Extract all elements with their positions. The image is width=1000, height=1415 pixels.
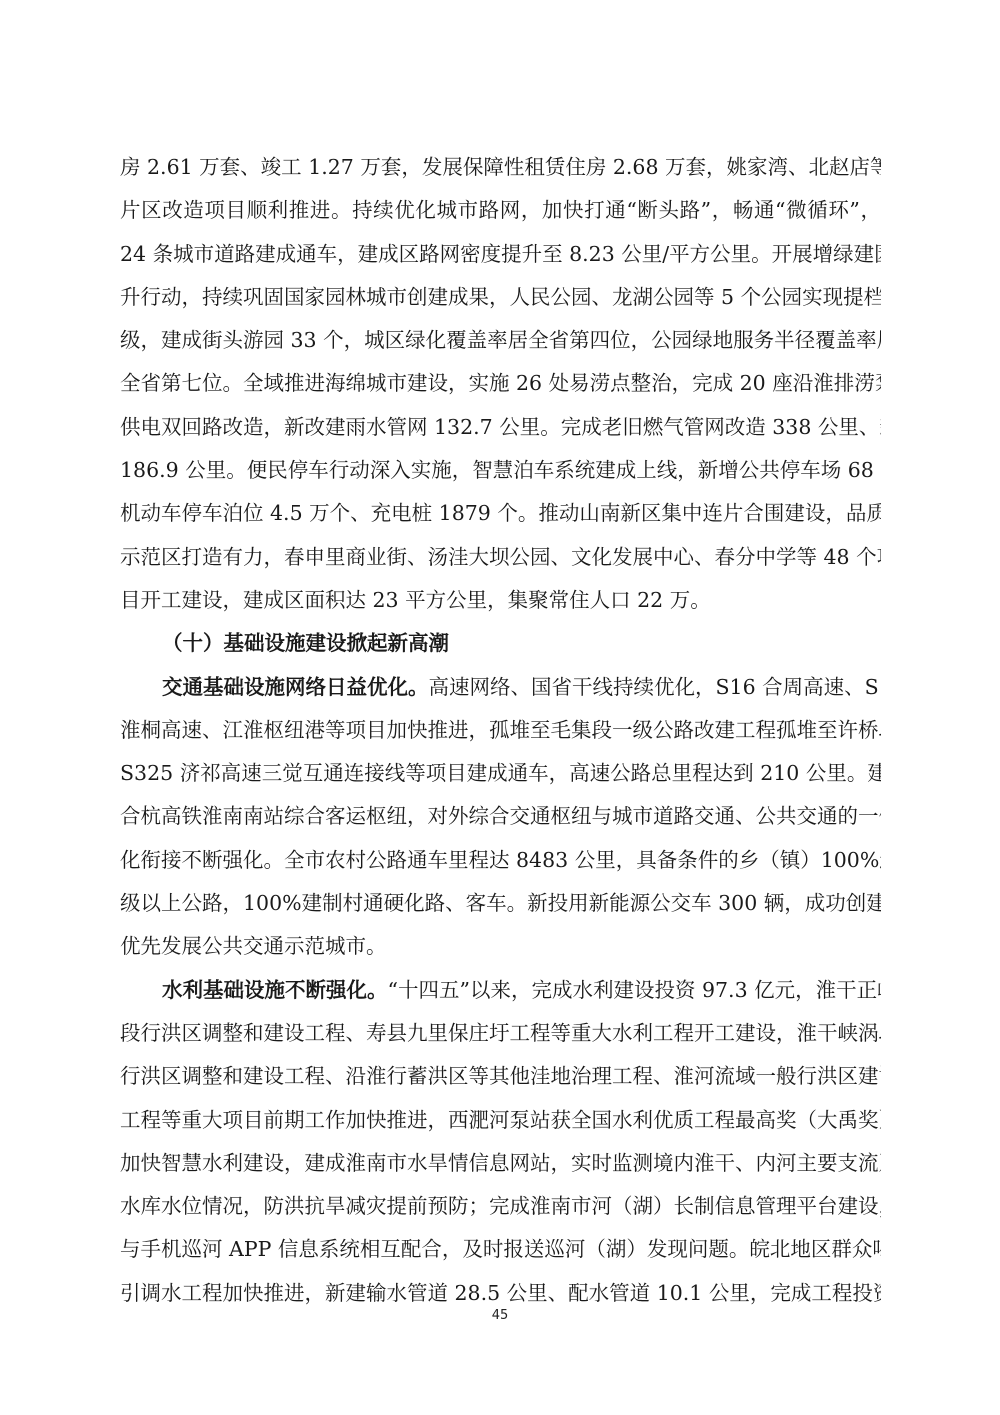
text-line: 全省第七位。全域推进海绵城市建设，实施 26 处易涝点整治，完成 20 座沿淮排… [120, 362, 881, 405]
text-line: 加快智慧水利建设，建成淮南市水旱情信息网站，实时监测境内淮干、内河主要支流及 [120, 1142, 881, 1185]
text-line: 段行洪区调整和建设工程、寿县九里保庄圩工程等重大水利工程开工建设，淮干峡涡段 [120, 1012, 881, 1055]
paragraph-lead: 交通基础设施网络日益优化。 [162, 675, 429, 699]
text-line: 化衔接不断强化。全市农村公路通车里程达 8483 公里，具备条件的乡（镇）100… [120, 839, 881, 882]
text-line: 水库水位情况，防洪抗旱减灾提前预防；完成淮南市河（湖）长制信息管理平台建设， [120, 1185, 881, 1228]
page-number: 45 [0, 1308, 1000, 1323]
text-line: 工程等重大项目前期工作加快推进，西淝河泵站获全国水利优质工程最高奖（大禹奖）。 [120, 1099, 881, 1142]
paragraph-water: 水利基础设施不断强化。“十四五”以来，完成水利建设投资 97.3 亿元，淮干正峡… [120, 969, 881, 1315]
paragraph-housing-urban: 房 2.61 万套、竣工 1.27 万套，发展保障性租赁住房 2.68 万套，姚… [120, 146, 881, 622]
paragraph-lead: 水利基础设施不断强化。 [162, 978, 388, 1002]
text-line: 交通基础设施网络日益优化。高速网络、国省干线持续优化，S16 合周高速、S19 [120, 666, 881, 709]
text-line: 24 条城市道路建成通车，建成区路网密度提升至 8.23 公里/平方公里。开展增… [120, 233, 881, 276]
text-line: 升行动，持续巩固国家园林城市创建成果，人民公园、龙湖公园等 5 个公园实现提档升 [120, 276, 881, 319]
text-line: 合杭高铁淮南南站综合客运枢纽，对外综合交通枢纽与城市道路交通、公共交通的一体 [120, 795, 881, 838]
paragraph-transport: 交通基础设施网络日益优化。高速网络、国省干线持续优化，S16 合周高速、S19 … [120, 666, 881, 969]
document-page: 房 2.61 万套、竣工 1.27 万套，发展保障性租赁住房 2.68 万套，姚… [120, 146, 881, 1315]
text-line: 目开工建设，建成区面积达 23 平方公里，集聚常住人口 22 万。 [120, 579, 881, 622]
text-run: “十四五”以来，完成水利建设投资 97.3 亿元，淮干正峡 [388, 978, 882, 1002]
text-line: 优先发展公共交通示范城市。 [120, 925, 881, 968]
text-line: 片区改造项目顺利推进。持续优化城市路网，加快打通“断头路”，畅通“微循环”， [120, 189, 881, 232]
text-line: 机动车停车泊位 4.5 万个、充电桩 1879 个。推动山南新区集中连片合围建设… [120, 492, 881, 535]
text-line: 示范区打造有力，春申里商业街、汤洼大坝公园、文化发展中心、春分中学等 48 个项 [120, 536, 881, 579]
text-line: 行洪区调整和建设工程、沿淮行蓄洪区等其他洼地治理工程、淮河流域一般行洪区建设 [120, 1055, 881, 1098]
text-line: 水利基础设施不断强化。“十四五”以来，完成水利建设投资 97.3 亿元，淮干正峡 [120, 969, 881, 1012]
text-line: 房 2.61 万套、竣工 1.27 万套，发展保障性租赁住房 2.68 万套，姚… [120, 146, 881, 189]
text-line: 级以上公路，100%建制村通硬化路、客车。新投用新能源公交车 300 辆，成功创… [120, 882, 881, 925]
text-line: 与手机巡河 APP 信息系统相互配合，及时报送巡河（湖）发现问题。皖北地区群众喝… [120, 1228, 881, 1271]
text-line: 级，建成街头游园 33 个，城区绿化覆盖率居全省第四位，公园绿地服务半径覆盖率居 [120, 319, 881, 362]
text-run: 高速网络、国省干线持续优化，S16 合周高速、S19 [429, 675, 882, 699]
section-heading: （十）基础设施建设掀起新高潮 [120, 622, 881, 665]
text-line: 186.9 公里。便民停车行动深入实施，智慧泊车系统建成上线，新增公共停车场 6… [120, 449, 881, 492]
text-line: 供电双回路改造，新改建雨水管网 132.7 公里。完成老旧燃气管网改造 338 … [120, 406, 881, 449]
text-line: S325 济祁高速三觉互通连接线等项目建成通车，高速公路总里程达到 210 公里… [120, 752, 881, 795]
text-line: 淮桐高速、江淮枢纽港等项目加快推进，孤堆至毛集段一级公路改建工程孤堆至许桥段、 [120, 709, 881, 752]
